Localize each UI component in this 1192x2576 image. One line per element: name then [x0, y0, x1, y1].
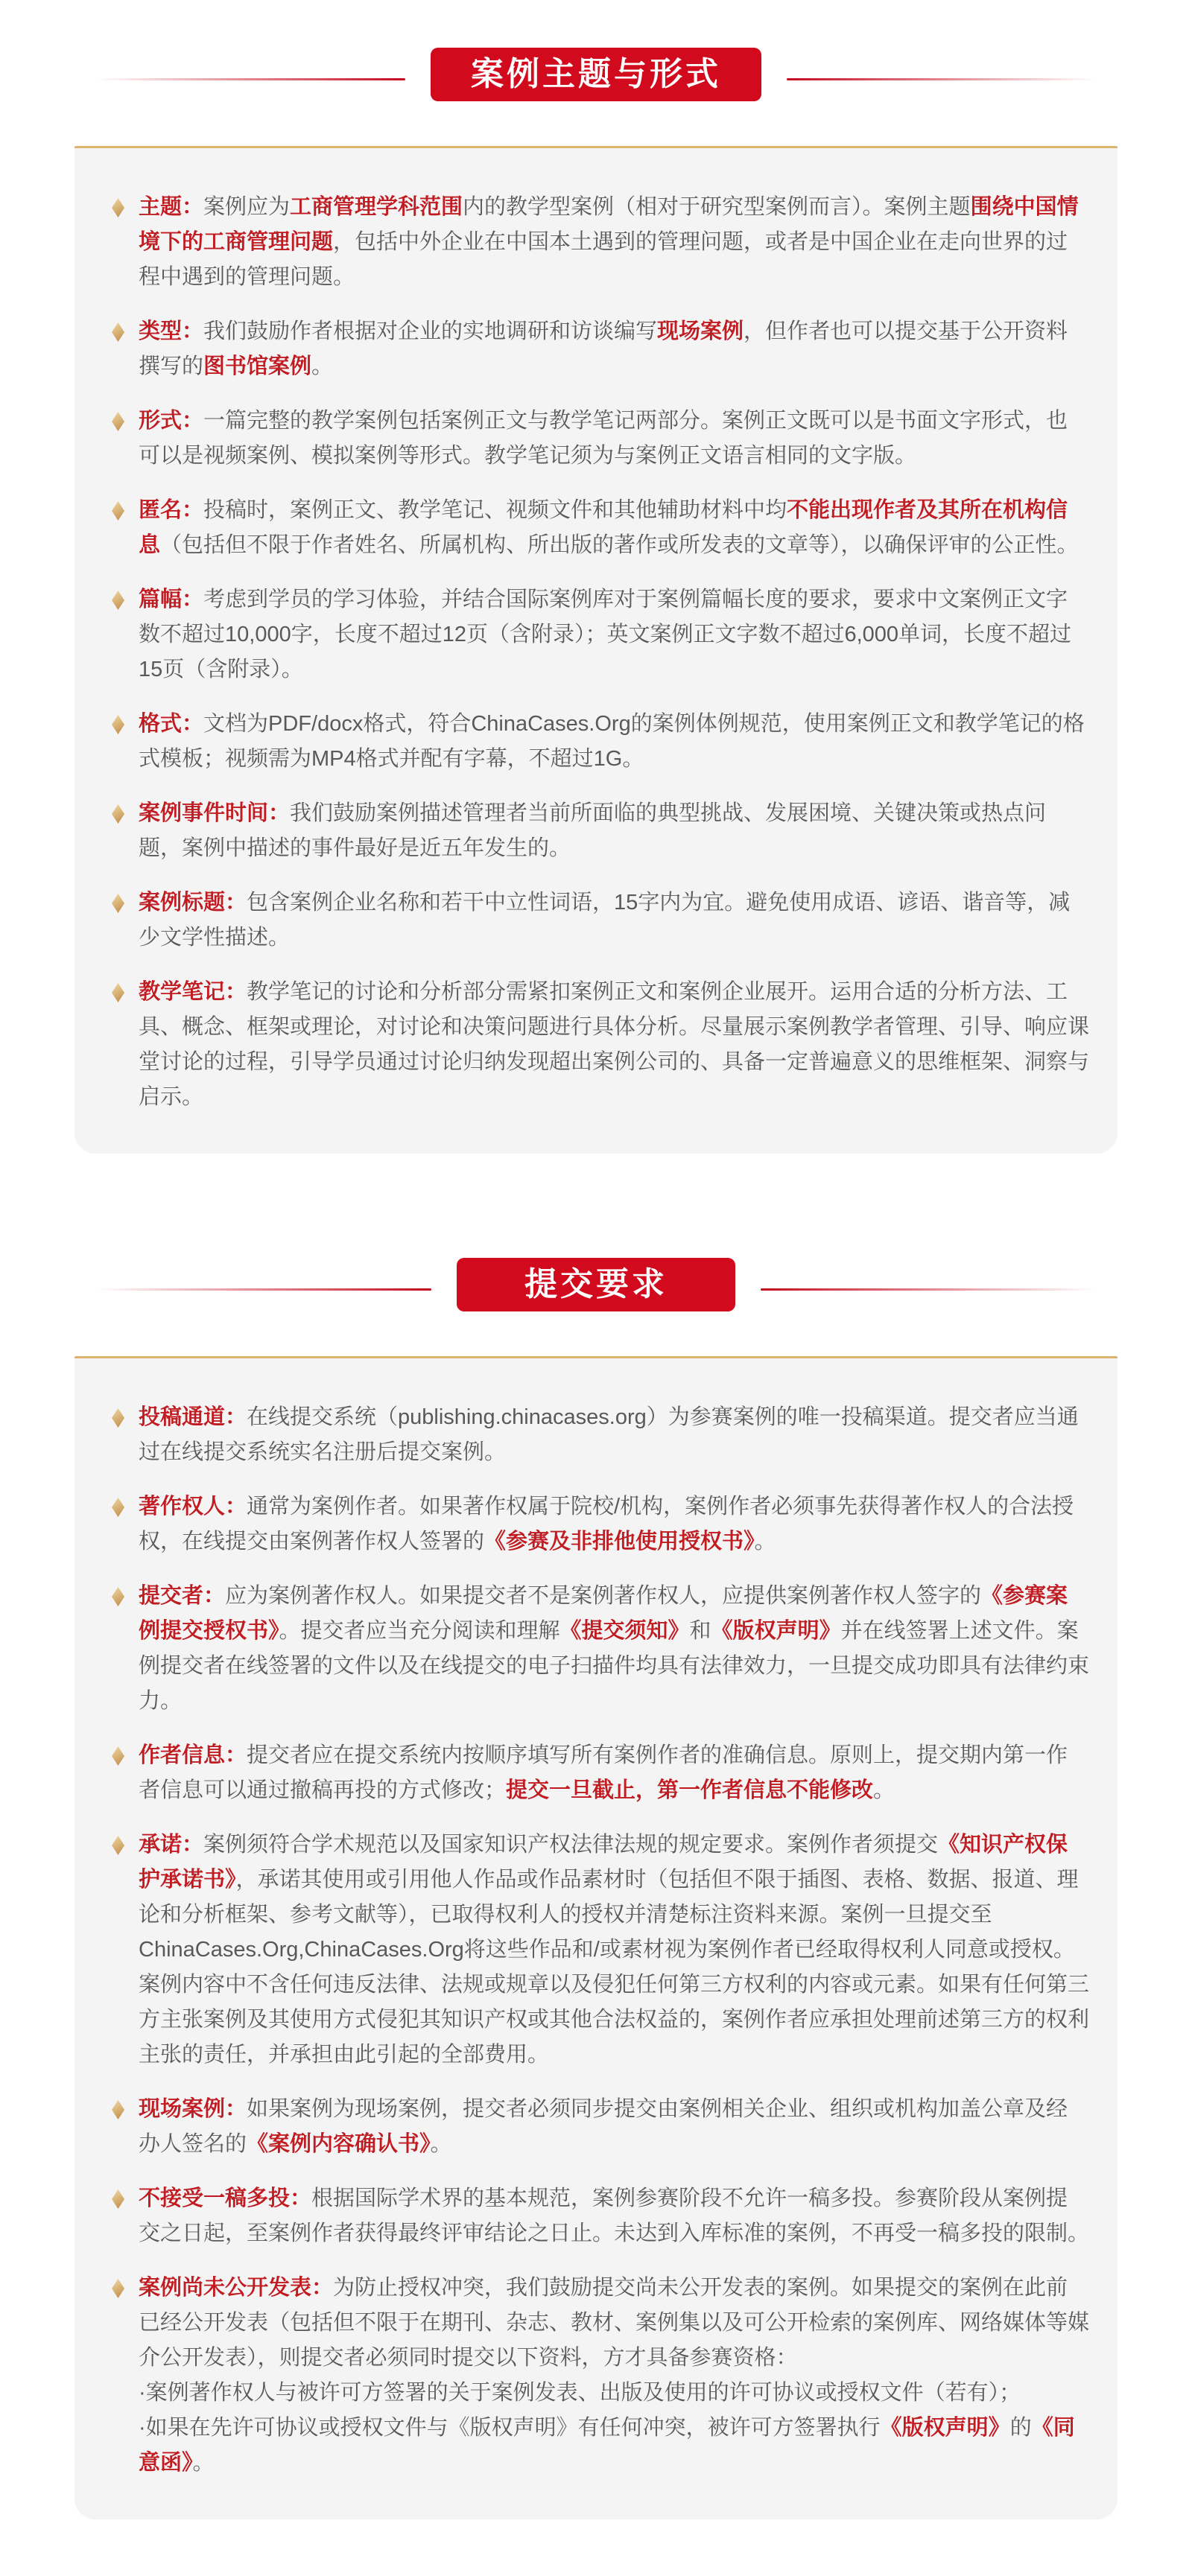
item-text: 作者信息：提交者应在提交系统内按顺序填写所有案例作者的准确信息。原则上，提交期内… — [139, 1743, 1068, 1802]
section-case-theme: 案例主题与形式 主题：案例应为工商管理学科范围内的教学型案例（相对于研究型案例而… — [0, 48, 1192, 1154]
body-text: 。 — [873, 1778, 895, 1802]
body-text: ·案例著作权人与被许可方签署的关于案例发表、出版及使用的许可协议或授权文件（若有… — [139, 2381, 1021, 2405]
diamond-bullet-icon — [112, 1408, 124, 1428]
body-text: 我们鼓励作者根据对企业的实地调研和访谈编写 — [203, 319, 657, 343]
body-text: ·如果在先许可协议或授权文件与《版权声明》有任何冲突，被许可方签署执行 — [139, 2416, 881, 2440]
highlight-text: 作者信息： — [139, 1743, 247, 1767]
body-text: 。 — [755, 1530, 776, 1553]
highlight-text: 工商管理学科范围 — [290, 195, 463, 219]
list-item: 投稿通道：在线提交系统（publishing.chinacases.org）为参… — [112, 1400, 1089, 1470]
highlight-text: 匿名： — [139, 498, 203, 522]
item-text: 匿名：投稿时，案例正文、教学笔记、视频文件和其他辅助材料中均不能出现作者及其所在… — [139, 498, 1079, 557]
highlight-text: 形式： — [139, 409, 203, 433]
list-item: 类型：我们鼓励作者根据对企业的实地调研和访谈编写现场案例，但作者也可以提交基于公… — [112, 314, 1089, 384]
diamond-bullet-icon — [112, 2100, 124, 2119]
diamond-bullet-icon — [112, 1836, 124, 1855]
section-submission-requirements: 提交要求 投稿通道：在线提交系统（publishing.chinacases.o… — [0, 1258, 1192, 2519]
list-item: 主题：案例应为工商管理学科范围内的教学型案例（相对于研究型案例而言）。案例主题围… — [112, 190, 1089, 295]
highlight-text: 提交者： — [139, 1584, 225, 1608]
highlight-text: 现场案例 — [657, 319, 744, 343]
highlight-text: 承诺： — [139, 1833, 203, 1857]
decor-line-left — [97, 78, 405, 80]
list-item: 提交者：应为案例著作权人。如果提交者不是案例著作权人，应提供案例著作权人签字的《… — [112, 1579, 1089, 1719]
item-text: 篇幅：考虑到学员的学习体验，并结合国际案例库对于案例篇幅长度的要求，要求中文案例… — [139, 588, 1071, 681]
item-list: 投稿通道：在线提交系统（publishing.chinacases.org）为参… — [112, 1400, 1089, 2481]
item-text: 教学笔记：教学笔记的讨论和分析部分需紧扣案例正文和案例企业展开。运用合适的分析方… — [139, 980, 1089, 1109]
highlight-text: 篇幅： — [139, 588, 203, 611]
item-text: 投稿通道：在线提交系统（publishing.chinacases.org）为参… — [139, 1405, 1079, 1464]
body-text: 投稿时，案例正文、教学笔记、视频文件和其他辅助材料中均 — [203, 498, 787, 522]
body-text: 教学笔记的讨论和分析部分需紧扣案例正文和案例企业展开。运用合适的分析方法、工具、… — [139, 980, 1089, 1109]
list-item: 教学笔记：教学笔记的讨论和分析部分需紧扣案例正文和案例企业展开。运用合适的分析方… — [112, 975, 1089, 1115]
list-item: 案例尚未公开发表：为防止授权冲突，我们鼓励提交尚未公开发表的案例。如果提交的案例… — [112, 2271, 1089, 2481]
diamond-bullet-icon — [112, 1746, 124, 1766]
highlight-text: 教学笔记： — [139, 980, 247, 1004]
diamond-bullet-icon — [112, 2189, 124, 2209]
item-text: 著作权人：通常为案例作者。如果著作权属于院校/机构，案例作者必须事先获得著作权人… — [139, 1495, 1074, 1553]
list-item: 案例事件时间：我们鼓励案例描述管理者当前所面临的典型挑战、发展困境、关键决策或热… — [112, 796, 1089, 866]
page: 案例主题与形式 主题：案例应为工商管理学科范围内的教学型案例（相对于研究型案例而… — [0, 0, 1192, 2576]
body-text: 和 — [690, 1619, 711, 1643]
body-text: 包含案例企业名称和若干中立性词语，15字内为宜。避免使用成语、谚语、谐音等，减少… — [139, 891, 1070, 950]
body-text: 文档为PDF/docx格式，符合ChinaCases.Org的案例体例规范，使用… — [139, 712, 1085, 771]
decor-line-right — [761, 1288, 1095, 1291]
section-title: 提交要求 — [524, 1266, 668, 1303]
body-text: 。 — [431, 2132, 452, 2156]
highlight-text: 类型： — [139, 319, 203, 343]
highlight-text: 主题： — [139, 195, 203, 219]
body-text: 一篇完整的教学案例包括案例正文与教学笔记两部分。案例正文既可以是书面文字形式，也… — [139, 409, 1068, 468]
highlight-text: 案例标题： — [139, 891, 247, 915]
list-item: 作者信息：提交者应在提交系统内按顺序填写所有案例作者的准确信息。原则上，提交期内… — [112, 1738, 1089, 1808]
item-text: 案例事件时间：我们鼓励案例描述管理者当前所面临的典型挑战、发展困境、关键决策或热… — [139, 801, 1046, 860]
diamond-bullet-icon — [112, 983, 124, 1002]
diamond-bullet-icon — [112, 894, 124, 913]
section-title-banner: 案例主题与形式 — [431, 48, 761, 101]
highlight-text: 《版权声明》 — [881, 2416, 1010, 2440]
diamond-bullet-icon — [112, 1498, 124, 1517]
list-item: 格式：文档为PDF/docx格式，符合ChinaCases.Org的案例体例规范… — [112, 707, 1089, 777]
section-title-banner: 提交要求 — [457, 1258, 735, 1311]
decor-line-left — [97, 1288, 431, 1291]
sub-list-item: ·案例著作权人与被许可方签署的关于案例发表、出版及使用的许可协议或授权文件（若有… — [139, 2376, 1089, 2411]
item-text: 形式：一篇完整的教学案例包括案例正文与教学笔记两部分。案例正文既可以是书面文字形… — [139, 409, 1068, 468]
highlight-text: 《参赛及非排他使用授权书》 — [484, 1530, 755, 1553]
sub-list-item: ·如果在先许可协议或授权文件与《版权声明》有任何冲突，被许可方签署执行《版权声明… — [139, 2411, 1089, 2481]
item-text: 案例标题：包含案例企业名称和若干中立性词语，15字内为宜。避免使用成语、谚语、谐… — [139, 891, 1070, 950]
item-text: 不接受一稿多投：根据国际学术界的基本规范，案例参赛阶段不允许一稿多投。参赛阶段从… — [139, 2187, 1089, 2245]
highlight-text: 《提交须知》 — [560, 1619, 690, 1643]
list-item: 篇幅：考虑到学员的学习体验，并结合国际案例库对于案例篇幅长度的要求，要求中文案例… — [112, 582, 1089, 687]
body-text: 在线提交系统（publishing.chinacases.org）为参赛案例的唯… — [139, 1405, 1079, 1464]
item-text: 主题：案例应为工商管理学科范围内的教学型案例（相对于研究型案例而言）。案例主题围… — [139, 195, 1079, 289]
item-text: 类型：我们鼓励作者根据对企业的实地调研和访谈编写现场案例，但作者也可以提交基于公… — [139, 319, 1068, 378]
item-list: 主题：案例应为工商管理学科范围内的教学型案例（相对于研究型案例而言）。案例主题围… — [112, 190, 1089, 1115]
body-text: 考虑到学员的学习体验，并结合国际案例库对于案例篇幅长度的要求，要求中文案例正文字… — [139, 588, 1071, 681]
section-card: 主题：案例应为工商管理学科范围内的教学型案例（相对于研究型案例而言）。案例主题围… — [74, 146, 1117, 1154]
list-item: 现场案例：如果案例为现场案例，提交者必须同步提交由案例相关企业、组织或机构加盖公… — [112, 2092, 1089, 2162]
list-item: 匿名：投稿时，案例正文、教学笔记、视频文件和其他辅助材料中均不能出现作者及其所在… — [112, 493, 1089, 563]
item-text: 提交者：应为案例著作权人。如果提交者不是案例著作权人，应提供案例著作权人签字的《… — [139, 1584, 1089, 1713]
highlight-text: 《案例内容确认书》 — [247, 2132, 431, 2156]
item-text: 案例尚未公开发表：为防止授权冲突，我们鼓励提交尚未公开发表的案例。如果提交的案例… — [139, 2276, 1089, 2481]
body-text: 内的教学型案例（相对于研究型案例而言）。案例主题 — [463, 195, 971, 219]
list-item: 不接受一稿多投：根据国际学术界的基本规范，案例参赛阶段不允许一稿多投。参赛阶段从… — [112, 2181, 1089, 2251]
diamond-bullet-icon — [112, 2279, 124, 2298]
highlight-text: 案例事件时间： — [139, 801, 290, 825]
section-card: 投稿通道：在线提交系统（publishing.chinacases.org）为参… — [74, 1356, 1117, 2519]
body-text: 案例应为 — [203, 195, 290, 219]
diamond-bullet-icon — [112, 501, 124, 521]
highlight-text: 不接受一稿多投： — [139, 2187, 311, 2210]
diamond-bullet-icon — [112, 1587, 124, 1606]
highlight-text: 《版权声明》 — [711, 1619, 841, 1643]
list-item: 案例标题：包含案例企业名称和若干中立性词语，15字内为宜。避免使用成语、谚语、谐… — [112, 885, 1089, 955]
section-title: 案例主题与形式 — [471, 56, 721, 92]
list-item: 承诺：案例须符合学术规范以及国家知识产权法律法规的规定要求。案例作者须提交《知识… — [112, 1828, 1089, 2073]
highlight-text: 图书馆案例 — [203, 354, 311, 378]
diamond-bullet-icon — [112, 591, 124, 610]
body-text: 。 — [311, 354, 333, 378]
diamond-bullet-icon — [112, 715, 124, 734]
body-text: 。 — [193, 2451, 215, 2475]
body-text: 应为案例著作权人。如果提交者不是案例著作权人，应提供案例著作权人签字的 — [225, 1584, 981, 1608]
item-text: 格式：文档为PDF/docx格式，符合ChinaCases.Org的案例体例规范… — [139, 712, 1085, 771]
banner-row: 案例主题与形式 — [97, 48, 1095, 110]
decor-line-right — [787, 78, 1095, 80]
banner-row: 提交要求 — [97, 1258, 1095, 1320]
diamond-bullet-icon — [112, 322, 124, 342]
highlight-text: 投稿通道： — [139, 1405, 247, 1429]
diamond-bullet-icon — [112, 804, 124, 824]
body-text: ，承诺其使用或引用他人作品或作品素材时（包括但不限于插图、表格、数据、报道、理论… — [139, 1868, 1089, 2067]
diamond-bullet-icon — [112, 198, 124, 217]
item-text: 现场案例：如果案例为现场案例，提交者必须同步提交由案例相关企业、组织或机构加盖公… — [139, 2097, 1068, 2156]
list-item: 著作权人：通常为案例作者。如果著作权属于院校/机构，案例作者必须事先获得著作权人… — [112, 1489, 1089, 1559]
highlight-text: 提交一旦截止，第一作者信息不能修改 — [506, 1778, 873, 1802]
body-text: 案例须符合学术规范以及国家知识产权法律法规的规定要求。案例作者须提交 — [203, 1833, 938, 1857]
body-text: 的 — [1010, 2416, 1032, 2440]
body-text: 。提交者应当充分阅读和理解 — [279, 1619, 560, 1643]
item-text: 承诺：案例须符合学术规范以及国家知识产权法律法规的规定要求。案例作者须提交《知识… — [139, 1833, 1089, 2067]
diamond-bullet-icon — [112, 412, 124, 431]
list-item: 形式：一篇完整的教学案例包括案例正文与教学笔记两部分。案例正文既可以是书面文字形… — [112, 404, 1089, 474]
highlight-text: 著作权人： — [139, 1495, 247, 1518]
highlight-text: 案例尚未公开发表： — [139, 2276, 333, 2300]
highlight-text: 现场案例： — [139, 2097, 247, 2121]
highlight-text: 格式： — [139, 712, 203, 736]
body-text: （包括但不限于作者姓名、所属机构、所出版的著作或所发表的文章等），以确保评审的公… — [160, 533, 1079, 557]
